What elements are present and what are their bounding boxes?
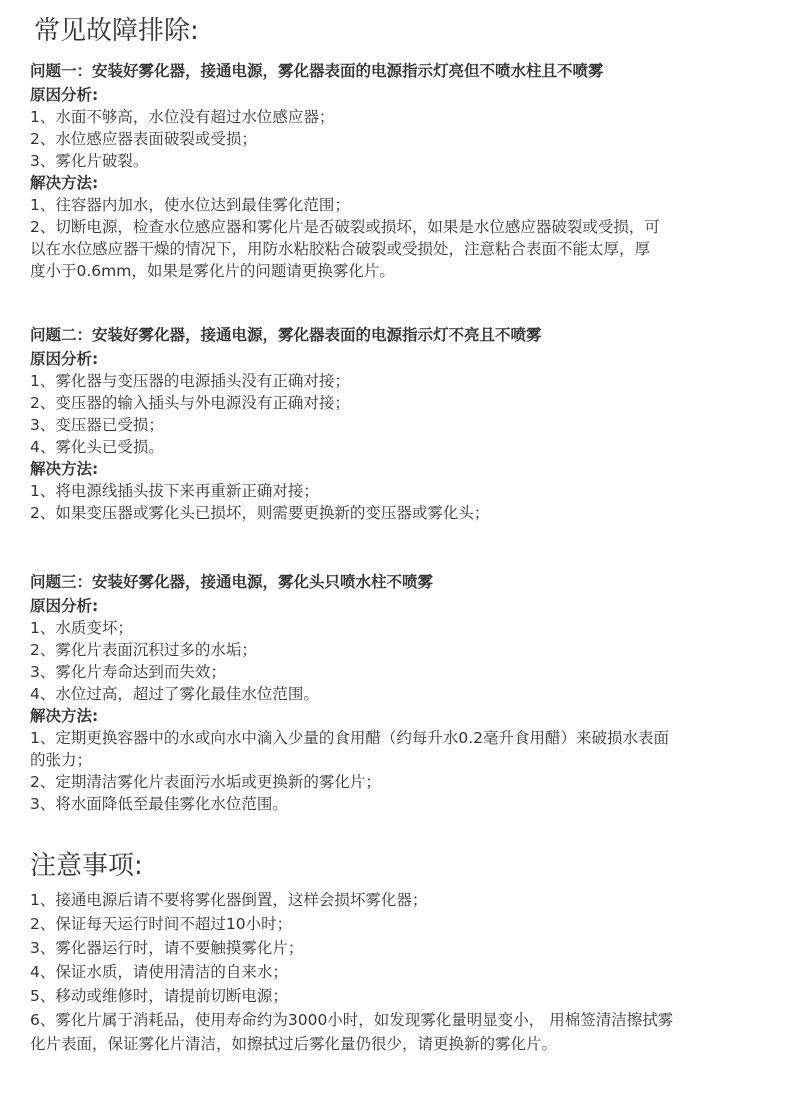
problem-2-cause: 4、雾化头已受损。 — [30, 436, 770, 458]
problem-2-solution: 1、将电源线插头拔下来再重新正确对接； — [30, 480, 770, 502]
problem-3-cause-label: 原因分析: — [30, 595, 770, 617]
problem-3-solution: 的张力； — [30, 749, 770, 771]
problem-1-solution: 度小于0.6mm，如果是雾化片的问题请更换雾化片。 — [30, 260, 770, 282]
problem-3-title: 问题三：安装好雾化器，接通电源，雾化头只喷水柱不喷雾 — [30, 571, 770, 593]
problem-3-solution: 3、将水面降低至最佳雾化水位范围。 — [30, 793, 770, 815]
problem-1-cause: 3、雾化片破裂。 — [30, 150, 770, 172]
problem-2-cause: 3、变压器已受损； — [30, 414, 770, 436]
problem-1-section: 问题一：安装好雾化器，接通电源，雾化器表面的电源指示灯亮但不喷水柱且不喷雾 原因… — [30, 60, 770, 282]
note-item: 1、接通电源后请不要将雾化器倒置，这样会损坏雾化器； — [30, 888, 770, 912]
troubleshooting-heading: 常见故障排除: — [34, 16, 199, 46]
problem-3-cause: 4、水位过高，超过了雾化最佳水位范围。 — [30, 683, 770, 705]
problem-2-section: 问题二：安装好雾化器，接通电源，雾化器表面的电源指示灯不亮且不喷雾 原因分析: … — [30, 324, 770, 524]
problem-3-solution: 2、定期清洁雾化片表面污水垢或更换新的雾化片； — [30, 771, 770, 793]
problem-3-solution: 1、定期更换容器中的水或向水中滴入少量的食用醋（约每升水0.2毫升食用醋）来破损… — [30, 727, 770, 749]
note-item: 6、雾化片属于消耗品，使用寿命约为3000小时，如发现雾化量明显变小， 用棉签清… — [30, 1008, 770, 1032]
problem-3-section: 问题三：安装好雾化器，接通电源，雾化头只喷水柱不喷雾 原因分析: 1、水质变坏；… — [30, 571, 770, 815]
problem-1-cause-label: 原因分析: — [30, 84, 770, 106]
problem-1-cause: 2、水位感应器表面破裂或受损； — [30, 128, 770, 150]
problem-3-cause: 1、水质变坏； — [30, 617, 770, 639]
problem-3-cause: 2、雾化片表面沉积过多的水垢； — [30, 639, 770, 661]
problem-2-title: 问题二：安装好雾化器，接通电源，雾化器表面的电源指示灯不亮且不喷雾 — [30, 324, 770, 346]
note-item: 化片表面，保证雾化片清洁，如擦拭过后雾化量仍很少，请更换新的雾化片。 — [30, 1032, 770, 1056]
problem-2-cause-label: 原因分析: — [30, 348, 770, 370]
note-item: 2、保证每天运行时间不超过10小时； — [30, 912, 770, 936]
problem-2-cause: 1、雾化器与变压器的电源插头没有正确对接； — [30, 370, 770, 392]
problem-1-title: 问题一：安装好雾化器，接通电源，雾化器表面的电源指示灯亮但不喷水柱且不喷雾 — [30, 60, 770, 82]
problem-2-solution-label: 解决方法: — [30, 458, 770, 480]
notes-heading: 注意事项: — [30, 851, 143, 881]
problem-3-solution-label: 解决方法: — [30, 705, 770, 727]
problem-3-cause: 3、雾化片寿命达到而失效； — [30, 661, 770, 683]
notes-list: 1、接通电源后请不要将雾化器倒置，这样会损坏雾化器； 2、保证每天运行时间不超过… — [30, 888, 770, 1056]
problem-1-solution: 1、往容器内加水，使水位达到最佳雾化范围； — [30, 194, 770, 216]
problem-1-solution: 2、切断电源，检查水位感应器和雾化片是否破裂或损坏，如果是水位感应器破裂或受损，… — [30, 216, 770, 238]
problem-1-cause: 1、水面不够高，水位没有超过水位感应器； — [30, 106, 770, 128]
problem-1-solution: 以在水位感应器干燥的情况下，用防水粘胶粘合破裂或受损处，注意粘合表面不能太厚，厚 — [30, 238, 770, 260]
note-item: 3、雾化器运行时，请不要触摸雾化片； — [30, 936, 770, 960]
problem-2-solution: 2、如果变压器或雾化头已损坏，则需要更换新的变压器或雾化头； — [30, 502, 770, 524]
note-item: 5、移动或维修时，请提前切断电源； — [30, 984, 770, 1008]
problem-1-solution-label: 解决方法: — [30, 172, 770, 194]
note-item: 4、保证水质，请使用清洁的自来水； — [30, 960, 770, 984]
problem-2-cause: 2、变压器的输入插头与外电源没有正确对接； — [30, 392, 770, 414]
